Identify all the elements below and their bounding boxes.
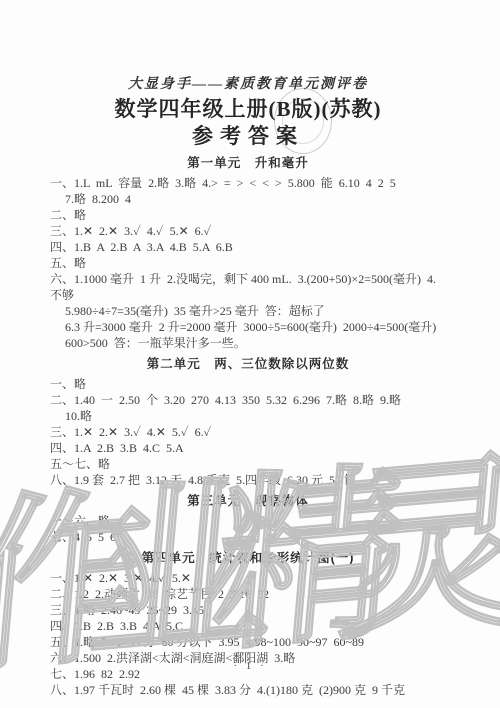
answer-line: 六、1.1000 毫升 1 升 2.没喝完，剩下 400 mL. 3.(200+… [50,271,446,303]
answer-line: 三、1.略 2.46~49 25~29 3.45 [50,602,446,618]
scanned-answer-page: 大显身手——素质教育单元测评卷 数学四年级上册(B版)(苏教) 参考答案 第一单… [0,0,500,708]
section-heading-unit4: 第四单元 统计表和条形统计图(一) [50,550,446,567]
answer-line: 五～七、略 [50,456,446,472]
section-heading-unit2: 第二单元 两、三位数除以两位数 [50,356,446,373]
book-title: 数学四年级上册(B版)(苏教) [50,96,446,123]
answer-line: 二、1.2 2.动画片 18 综艺节目 2 3.16 52 [50,586,446,602]
section-heading-unit3: 第三单元 观察物体 [50,493,446,510]
answer-line: 7.略 8.200 4 [50,191,446,207]
answer-line: 一、略 [50,376,446,392]
answer-line: 三、1.✕ 2.✕ 3.✓ 4.✕ 5.✓ 6.✓ [50,424,446,440]
answer-line: 10.略 [50,408,446,424]
answer-line: 600>500 答：一瓶苹果汁多一些。 [50,335,446,351]
answer-line: 二、1.40 一 2.50 个 3.20 270 4.13 350 5.32 6… [50,392,446,408]
answer-line: 四、1.B A 2.B A 3.A 4.B 5.A 6.B [50,239,446,255]
page-content: 大显身手——素质教育单元测评卷 数学四年级上册(B版)(苏教) 参考答案 第一单… [0,0,500,698]
answer-line: 四、1.B 2.B 3.B 4.A 5.C [50,618,446,634]
answer-line: 一～六、略 [50,513,446,529]
answer-line: 四、1.A 2.B 3.B 4.C 5.A [50,440,446,456]
answer-line: 五、略 [50,255,446,271]
answer-line: 八、1.9 套 2.7 把 3.12 天 4.8 千克 5.四年级 6.30 元… [50,472,446,488]
answer-line: 二、略 [50,207,446,223]
series-tagline: 大显身手——素质教育单元测评卷 [50,76,446,94]
page-number: · 1 · [0,660,500,672]
section-heading-unit1: 第一单元 升和毫升 [50,155,446,172]
answer-key-title: 参考答案 [50,123,446,150]
answer-line: 一、1.✕ 2.✕ 3.✕ 4.✓ 5.✕ [50,570,446,586]
answer-line: 一、1.L mL 容量 2.略 3.略 4.> = > < < > 5.800 … [50,175,446,191]
answer-line: 五、1.略 2.90~99 分 60 分以下 3.95 4.98~100 90~… [50,634,446,650]
answer-line: 七、4 5 5 6 [50,529,446,545]
answer-line: 5.980÷4÷7=35(毫升) 35 毫升>25 毫升 答：超标了 [50,303,446,319]
answer-line: 八、1.97 千瓦时 2.60 棵 45 棵 3.83 分 4.(1)180 克… [50,682,446,698]
answer-line: 6.3 升=3000 毫升 2 升=2000 毫升 3000÷5=600(毫升)… [50,319,446,335]
answer-line: 三、1.✕ 2.✕ 3.✓ 4.✓ 5.✕ 6.✓ [50,223,446,239]
